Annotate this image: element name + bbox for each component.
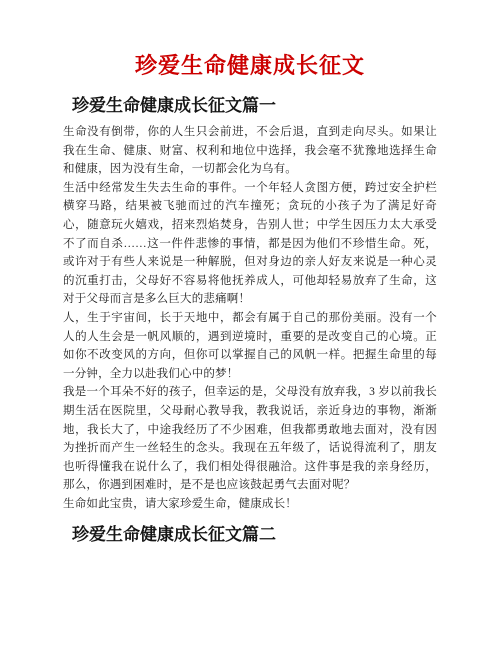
paragraph: 人，生于宇宙间，长于天地中，都会有属于自己的那份美丽。没有一个人的人生会是一帆风… bbox=[63, 309, 437, 383]
section-heading-part-one: 珍爱生命健康成长征文篇一 bbox=[72, 94, 437, 118]
section-one-text: 生命没有倒带，你的人生只会前进，不会后退，直到走向尽头。如果让我在生命、健康、财… bbox=[63, 123, 437, 513]
paragraph: 生命没有倒带，你的人生只会前进，不会后退，直到走向尽头。如果让我在生命、健康、财… bbox=[63, 123, 437, 179]
document-page: 珍爱生命健康成长征文 珍爱生命健康成长征文篇一 生命没有倒带，你的人生只会前进，… bbox=[0, 0, 500, 647]
section-heading-part-two: 珍爱生命健康成长征文篇二 bbox=[72, 523, 437, 547]
paragraph: 生命如此宝贵，请大家珍爱生命，健康成长！ bbox=[63, 495, 437, 514]
paragraph: 我是一个耳朵不好的孩子，但幸运的是，父母没有放弃我，3 岁以前我长期生活在医院里… bbox=[63, 383, 437, 495]
document-body: 珍爱生命健康成长征文篇一 生命没有倒带，你的人生只会前进，不会后退，直到走向尽头… bbox=[0, 94, 500, 547]
paragraph: 生活中经常发生失去生命的事件。一个年轻人贪图方便，跨过安全护栏横穿马路，结果被飞… bbox=[63, 179, 437, 309]
document-title: 珍爱生命健康成长征文 bbox=[0, 0, 500, 80]
